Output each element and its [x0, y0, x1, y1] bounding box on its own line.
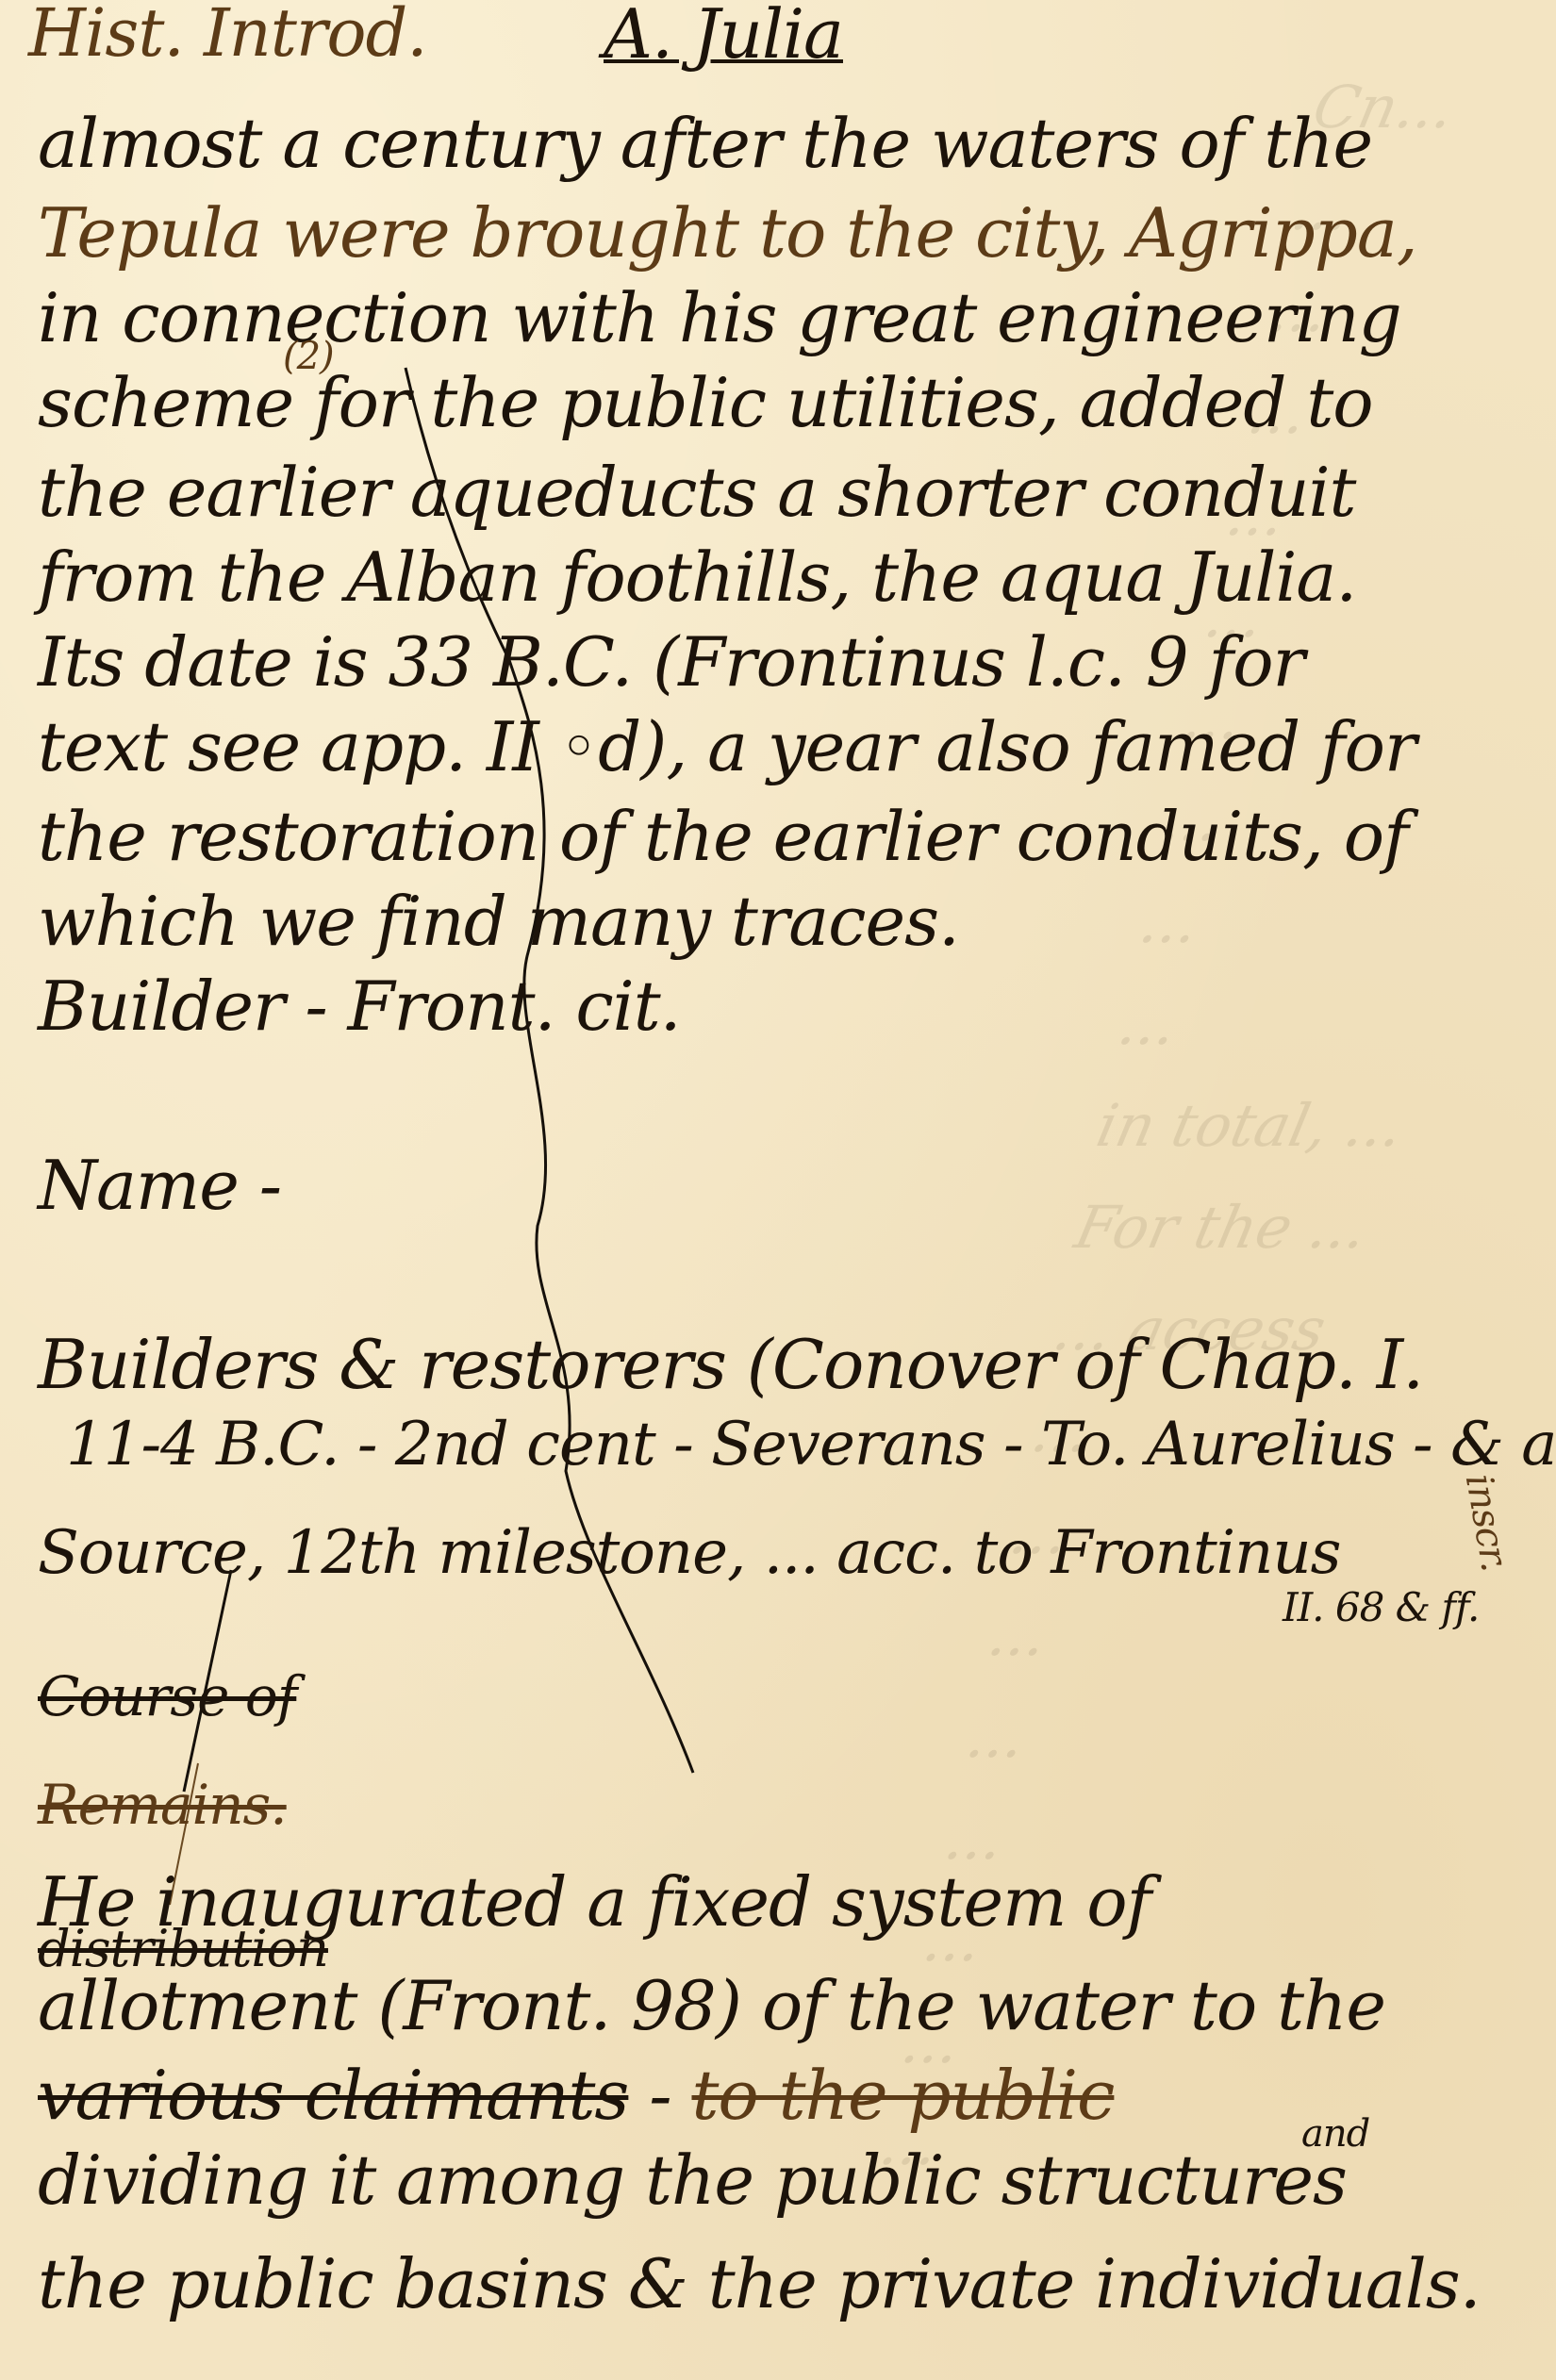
paragraph-line: allotment (Front. 98) of the water to th…: [38, 1966, 1385, 2045]
footnote-marker: (2): [283, 335, 334, 378]
course-heading-struck: Course of: [38, 1664, 296, 1728]
paragraph-line: which we find many traces.: [38, 882, 959, 961]
name-heading: Name -: [38, 1146, 281, 1225]
paragraph-line: text see app. II ◦d), a year also famed …: [38, 707, 1415, 786]
paragraph-line: Tepula were brought to the city, Agrippa…: [38, 193, 1417, 273]
header-section-label: Hist. Introd.: [28, 0, 427, 72]
builders-restorers-heading: Builders & restorers (Conover of Chap. I…: [38, 1325, 1423, 1404]
builder-heading: Builder - Front. cit.: [38, 967, 681, 1046]
paragraph-line: dividing it among the public structures: [38, 2140, 1347, 2220]
page-title: A. Julia: [604, 0, 843, 74]
paragraph-line: almost a century after the waters of the: [38, 104, 1372, 183]
remains-heading-struck: Remains.: [38, 1773, 287, 1837]
margin-note: inscr.: [1457, 1471, 1516, 1574]
paragraph-line: the earlier aqueducts a shorter conduit: [38, 453, 1355, 532]
source-line: Source, 12th milestone, ... acc. to Fron…: [38, 1518, 1340, 1588]
paragraph-line: the public basins & the private individu…: [38, 2244, 1481, 2323]
paragraph-line: the restoration of the earlier conduits,…: [38, 797, 1408, 876]
dates-line: 11-4 B.C. - 2nd cent - Severans - To. Au…: [66, 1410, 1556, 1479]
struck-phrase: various claimants: [38, 2056, 628, 2135]
paragraph-line: scheme for the public utilities, added t…: [38, 363, 1373, 442]
paragraph-line: various claimants - to the public: [38, 2056, 1114, 2135]
dash: -: [628, 2056, 691, 2135]
paragraph-line: Its date is 33 B.C. (Frontinus l.c. 9 fo…: [38, 622, 1304, 702]
source-reference: II. 68 & ff.: [1283, 1584, 1479, 1630]
paragraph-line: in connection with his great engineering: [38, 278, 1401, 357]
struck-phrase: to the public: [691, 2056, 1114, 2135]
manuscript-page: Cn............... ............... in tot…: [0, 0, 1556, 2380]
paragraph-line: from the Alban foothills, the aqua Julia…: [38, 537, 1356, 617]
